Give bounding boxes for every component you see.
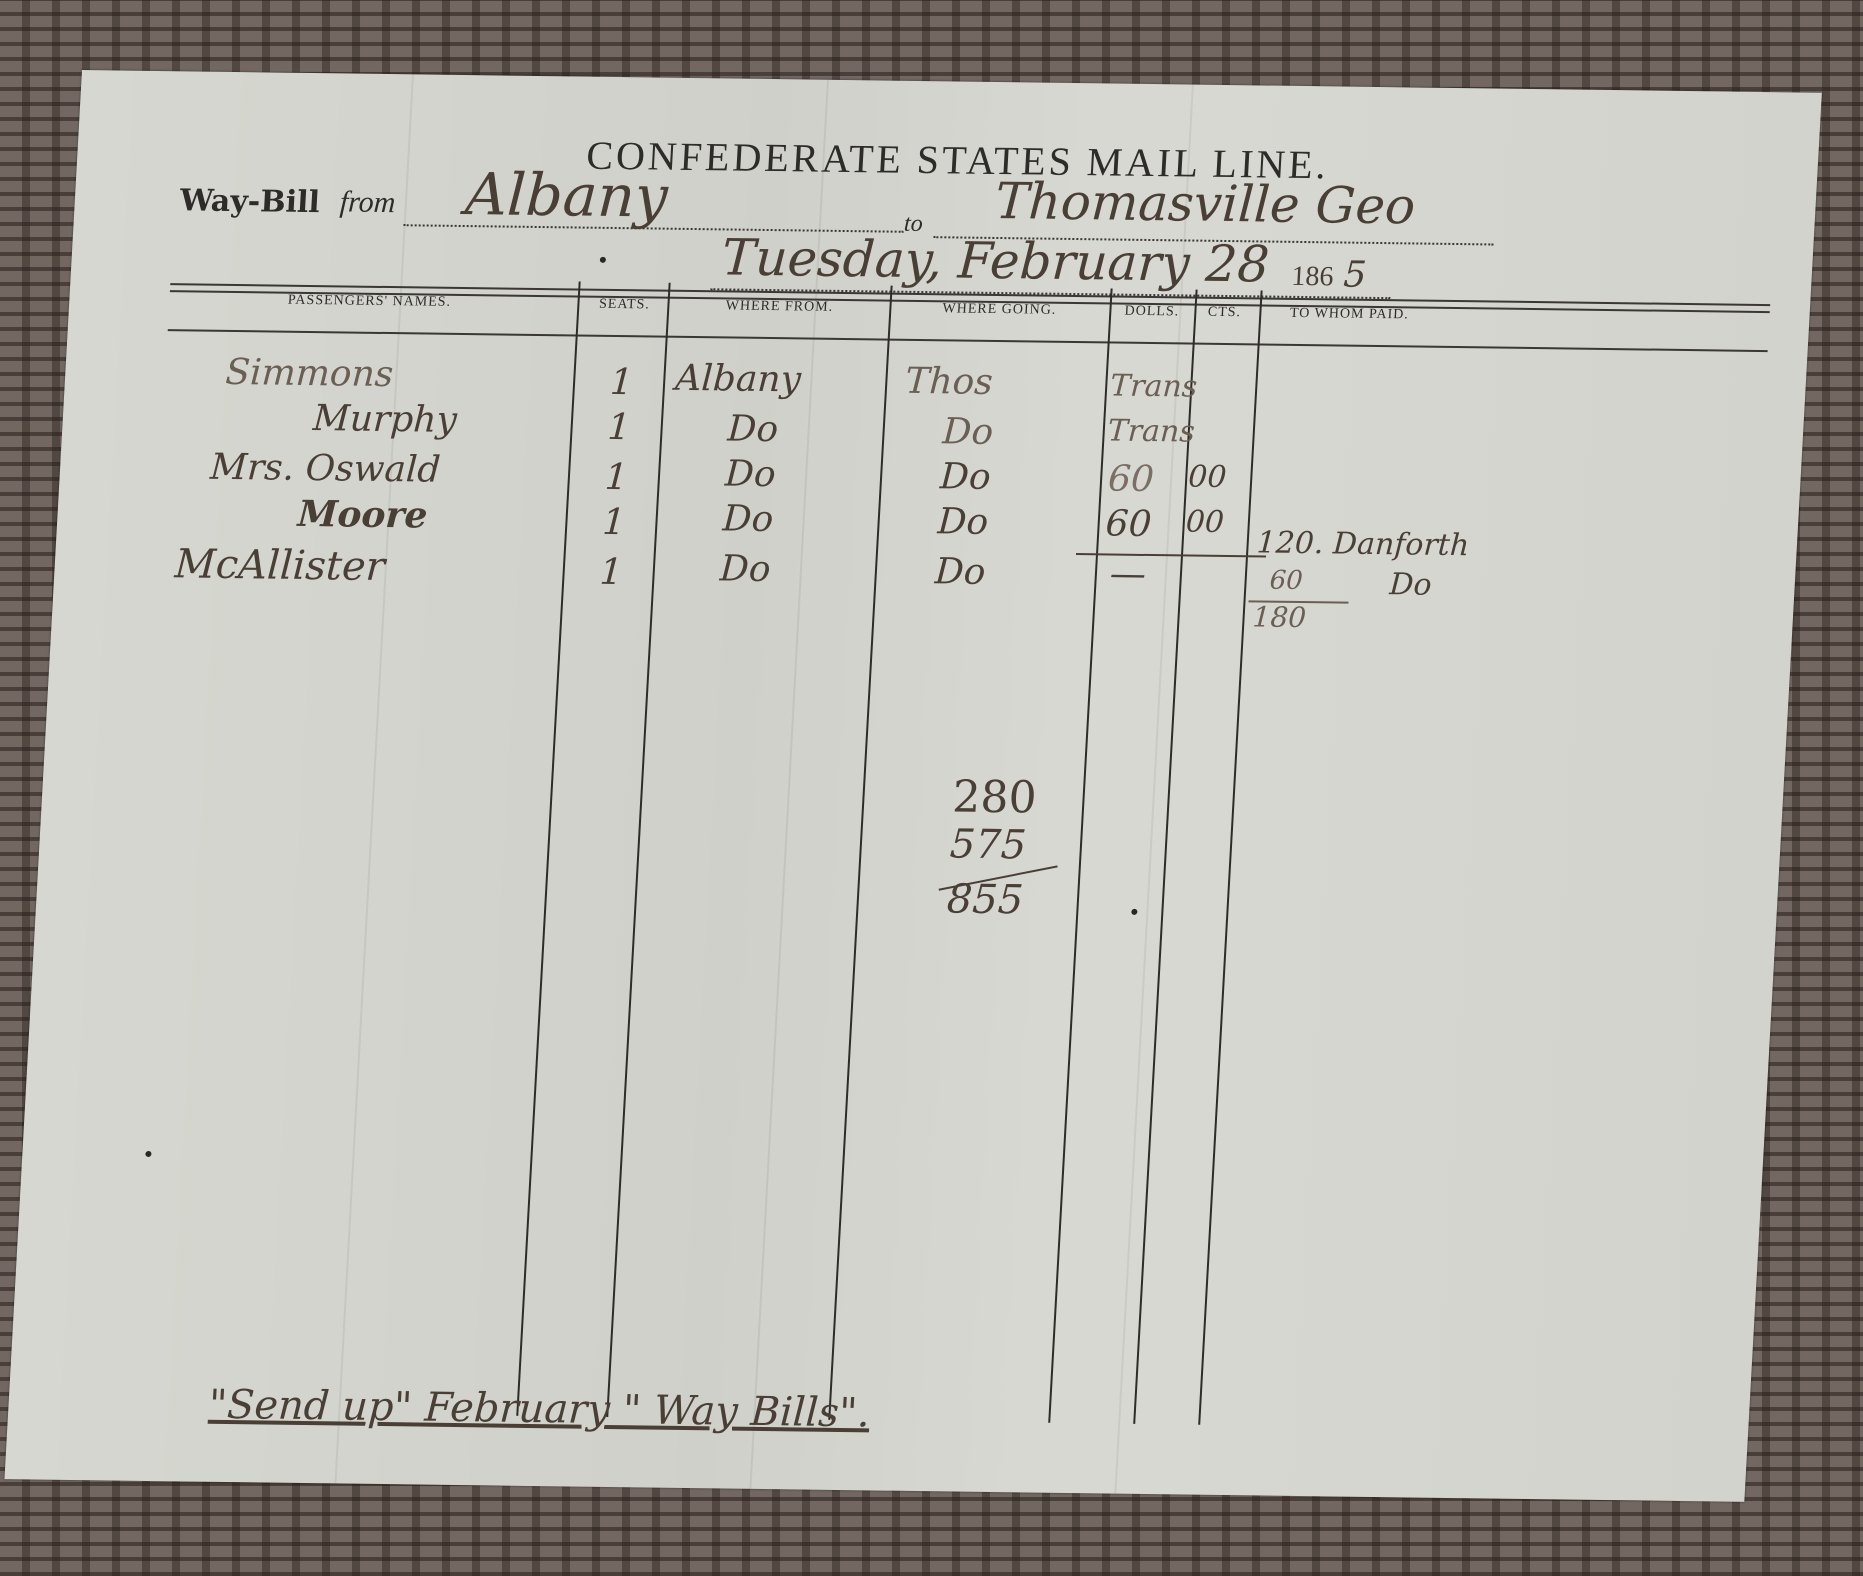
date-value: Tuesday, February 28 (721, 228, 1271, 293)
year-suffix: 5 (1342, 255, 1367, 296)
column-header-cts: CTS. (1194, 305, 1255, 322)
to-value: Thomasville Geo (994, 172, 1417, 235)
where-going-value: Do (937, 501, 990, 543)
where-going-value: Thos (904, 361, 994, 403)
calc-line-1: 280 (951, 771, 1038, 823)
column-divider (606, 283, 670, 1417)
to-whom-paid-value: 120. Danforth (1256, 525, 1470, 563)
column-header-seats: SEATS. (579, 297, 670, 314)
from-label: from (339, 185, 396, 220)
seats-value: 1 (601, 502, 626, 543)
column-divider (516, 282, 580, 1416)
column-header-to-whom-paid: TO WHOM PAID. (1259, 305, 1440, 323)
passenger-name: Murphy (312, 398, 458, 441)
seats-value: 1 (599, 552, 624, 593)
column-header-where-from: WHERE FROM. (669, 298, 890, 317)
subtotal-rule (1076, 553, 1266, 557)
ink-dot (600, 257, 606, 263)
column-header-dolls: DOLLS. (1109, 303, 1195, 320)
dolls-value: Trans (1107, 413, 1196, 449)
where-going-value: Do (939, 456, 992, 498)
where-from-value: Do (719, 548, 772, 590)
waybill-label: Way-Bill (179, 183, 321, 220)
passenger-name: Moore (297, 493, 429, 537)
dolls-value: — (1109, 554, 1147, 595)
calc-total: 855 (946, 876, 1025, 923)
from-value: Albany (464, 160, 670, 231)
ink-dot (145, 1151, 151, 1157)
cts-value: 00 (1187, 460, 1227, 495)
seats-value: 1 (609, 362, 634, 403)
seats-value: 1 (604, 457, 629, 498)
where-going-value: Do (942, 411, 995, 453)
header-rule-bottom (168, 329, 1768, 352)
year-prefix: 186 (1291, 261, 1335, 294)
cts-value: 00 (1185, 504, 1225, 539)
passenger-name: Simmons (224, 352, 394, 395)
dolls-value: Trans (1109, 368, 1198, 404)
where-from-value: Do (724, 453, 777, 495)
calc-line-2: 575 (949, 821, 1028, 868)
dolls-value: 60 (1105, 503, 1153, 545)
column-divider (828, 286, 892, 1420)
passenger-name: McAllister (174, 541, 387, 590)
seats-value: 1 (607, 407, 632, 448)
where-going-value: Do (934, 551, 987, 593)
waybill-document: CONFEDERATE STATES MAIL LINE. Way-Bill f… (4, 70, 1821, 1502)
dolls-value: 60 (1107, 458, 1155, 500)
side-calc-total: 180 (1252, 600, 1307, 634)
column-divider (1048, 288, 1112, 1422)
footer-note: "Send up" February " Way Bills". (207, 1382, 871, 1437)
to-whom-paid-value: Do (1389, 567, 1433, 603)
ink-dot (1131, 909, 1137, 915)
side-calc-line: 60 (1269, 566, 1304, 596)
column-header-where-going: WHERE GOING. (889, 301, 1110, 320)
where-from-value: Albany (674, 358, 802, 401)
where-from-value: Do (722, 498, 775, 540)
passenger-name: Mrs. Oswald (209, 447, 442, 491)
where-from-value: Do (727, 408, 780, 450)
